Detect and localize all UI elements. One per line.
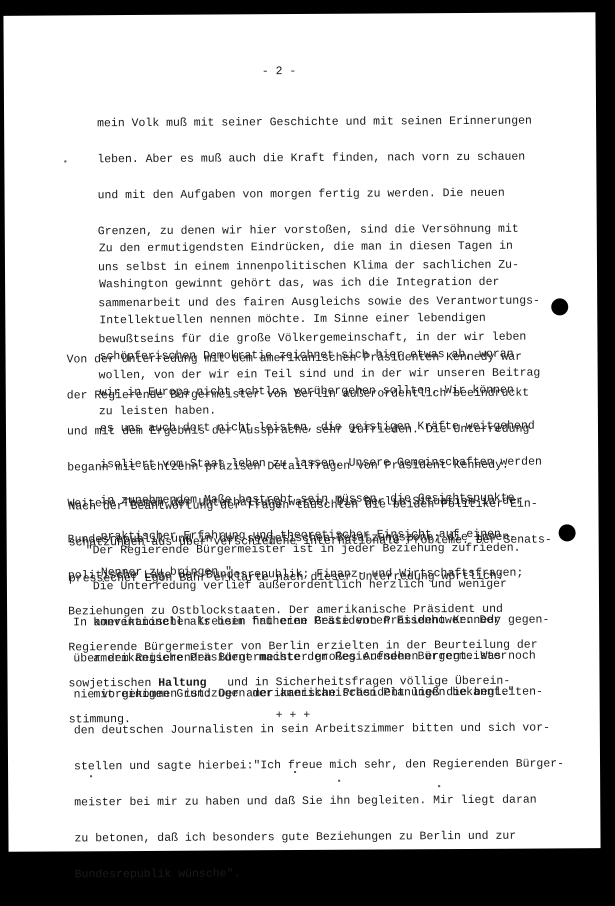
text-line: begann mit achtzehn präzisen Detailfrage… [67,460,536,475]
text-line: nie vorgekommen ist: Der amerikanische P… [74,686,564,701]
page-number: - 2 - [262,66,297,78]
end-marker: + + + [276,710,311,722]
text-line: meister bei mir zu haben und daß Sie ihn… [74,794,564,809]
text-line: mein Volk muß mit seiner Geschichte und … [97,116,539,131]
punch-hole-icon [551,298,568,315]
text-line: und mit dem Ergebnis der Aussprache sehr… [67,424,536,439]
scan-speck [64,160,66,162]
text-line: Nach der Beantwortung der Fragen tauscht… [68,498,551,513]
text-line: Von der Unterredung mit dem amerikanisch… [67,352,536,367]
paragraph-kennedy-gesture: In amerikanischen Kreisen hat eine Geste… [73,590,565,864]
text-line: Zu den ermutigendsten Eindrücken, die ma… [99,241,541,256]
text-line: Washington gewinnt gehört das, was ich d… [99,277,541,292]
scan-speck [294,771,296,773]
punch-hole-icon [559,524,576,541]
text-line: Intellektuellen nennen möchte. Im Sinne … [99,313,541,328]
text-line: über dem Regierenden Bürgermeister große… [73,650,563,665]
text-line: stellen und sagte hierbei:"Ich freue mic… [74,758,564,773]
text-line: "Der Regierende Bürgermeister ist in jed… [86,543,521,558]
scan-speck [338,780,340,782]
scan-speck [90,775,92,777]
text-line: leben. Aber es muß auch die Kraft finden… [97,152,539,167]
text-line: In amerikanischen Kreisen hat eine Geste… [73,614,563,629]
text-line: zu betonen, daß ich besonders gute Bezie… [74,830,564,845]
text-line: der Regierende Bürgermeister von Berlin … [67,388,536,403]
scan-speck [438,785,440,787]
text-line: den deutschen Journalisten in sein Arbei… [74,722,564,737]
text-line: und mit den Aufgaben von morgen fertig z… [98,188,540,203]
scanned-page: - 2 - mein Volk muß mit seiner Geschicht… [3,12,600,852]
